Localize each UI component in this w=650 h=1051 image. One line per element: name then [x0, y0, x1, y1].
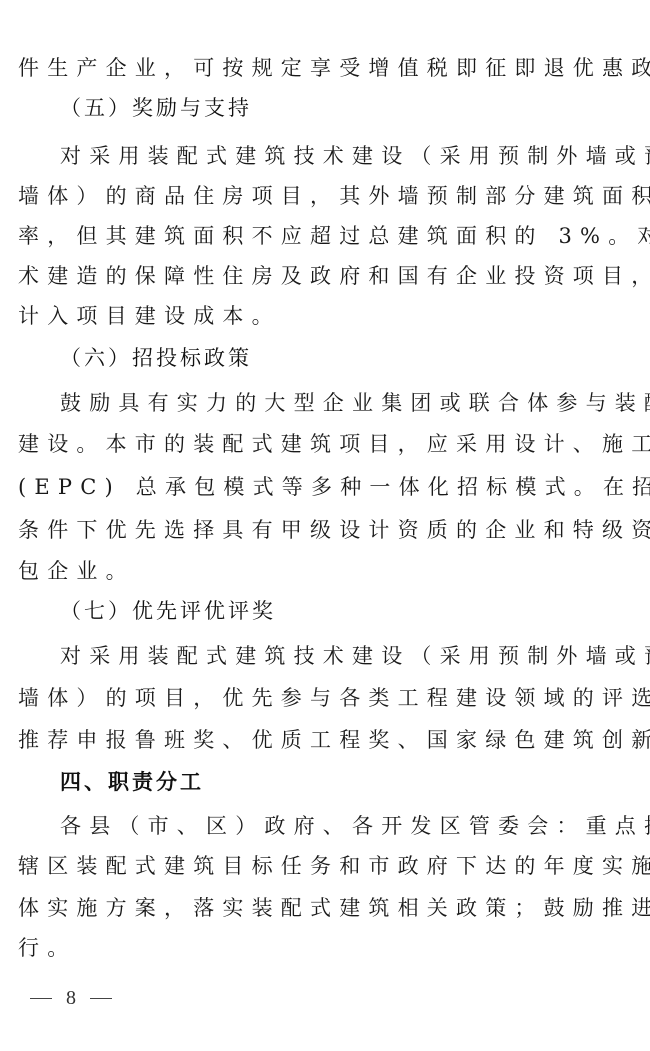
section-subheading-7: （七）优先评优评奖 [60, 591, 650, 631]
body-line: 条件下优先选择具有甲级设计资质的企业和特级资质的施工总承 [18, 510, 634, 550]
body-line: 件生产企业，可按规定享受增值税即征即退优惠政策。 [18, 48, 634, 88]
document-page: 件生产企业，可按规定享受增值税即征即退优惠政策。 （五）奖励与支持 对采用装配式… [0, 0, 650, 1051]
page-number-value: 8 [66, 981, 76, 1015]
section-subheading-5: （五）奖励与支持 [60, 88, 650, 128]
dash-left [30, 998, 52, 999]
body-line: 对采用装配式建筑技术建设（采用预制外墙或预制夹芯保温 [60, 636, 634, 676]
body-line: 率，但其建筑面积不应超过总建筑面积的 3%。对采用装配式技 [18, 216, 634, 256]
body-line: 辖区装配式建筑目标任务和市政府下达的年度实施计划，编制具 [18, 846, 634, 886]
body-line: 推荐申报鲁班奖、优质工程奖、国家绿色建筑创新奖等。 [18, 720, 634, 760]
body-line: 鼓励具有实力的大型企业集团或联合体参与装配式建筑项目 [60, 383, 634, 423]
body-line: 行。 [18, 928, 634, 968]
body-line: 体实施方案，落实装配式建筑相关政策；鼓励推进区域可参照执 [18, 888, 634, 928]
body-line: 各县（市、区）政府、各开发区管委会：重点推进区域依据 [60, 806, 634, 846]
dash-right [90, 998, 112, 999]
body-line: 墙体）的项目，优先参与各类工程建设领域的评选、评优，优先 [18, 678, 634, 718]
body-line: 包企业。 [18, 551, 634, 591]
body-line: (EPC) 总承包模式等多种一体化招标模式。在招投标时，同等 [18, 467, 634, 507]
body-line: 建设。本市的装配式建筑项目，应采用设计、施工、采购一体化 [18, 424, 634, 464]
section-subheading-6: （六）招投标政策 [60, 338, 650, 378]
body-line: 墙体）的商品住房项目，其外墙预制部分建筑面积不计入容积 [18, 176, 634, 216]
body-line: 术建造的保障性住房及政府和国有企业投资项目，所增加的成本 [18, 256, 634, 296]
body-line: 计入项目建设成本。 [18, 296, 634, 336]
body-line: 对采用装配式建筑技术建设（采用预制外墙或预制夹芯保温 [60, 136, 634, 176]
page-number: 8 [30, 980, 112, 1014]
section-heading-4: 四、职责分工 [60, 762, 650, 802]
